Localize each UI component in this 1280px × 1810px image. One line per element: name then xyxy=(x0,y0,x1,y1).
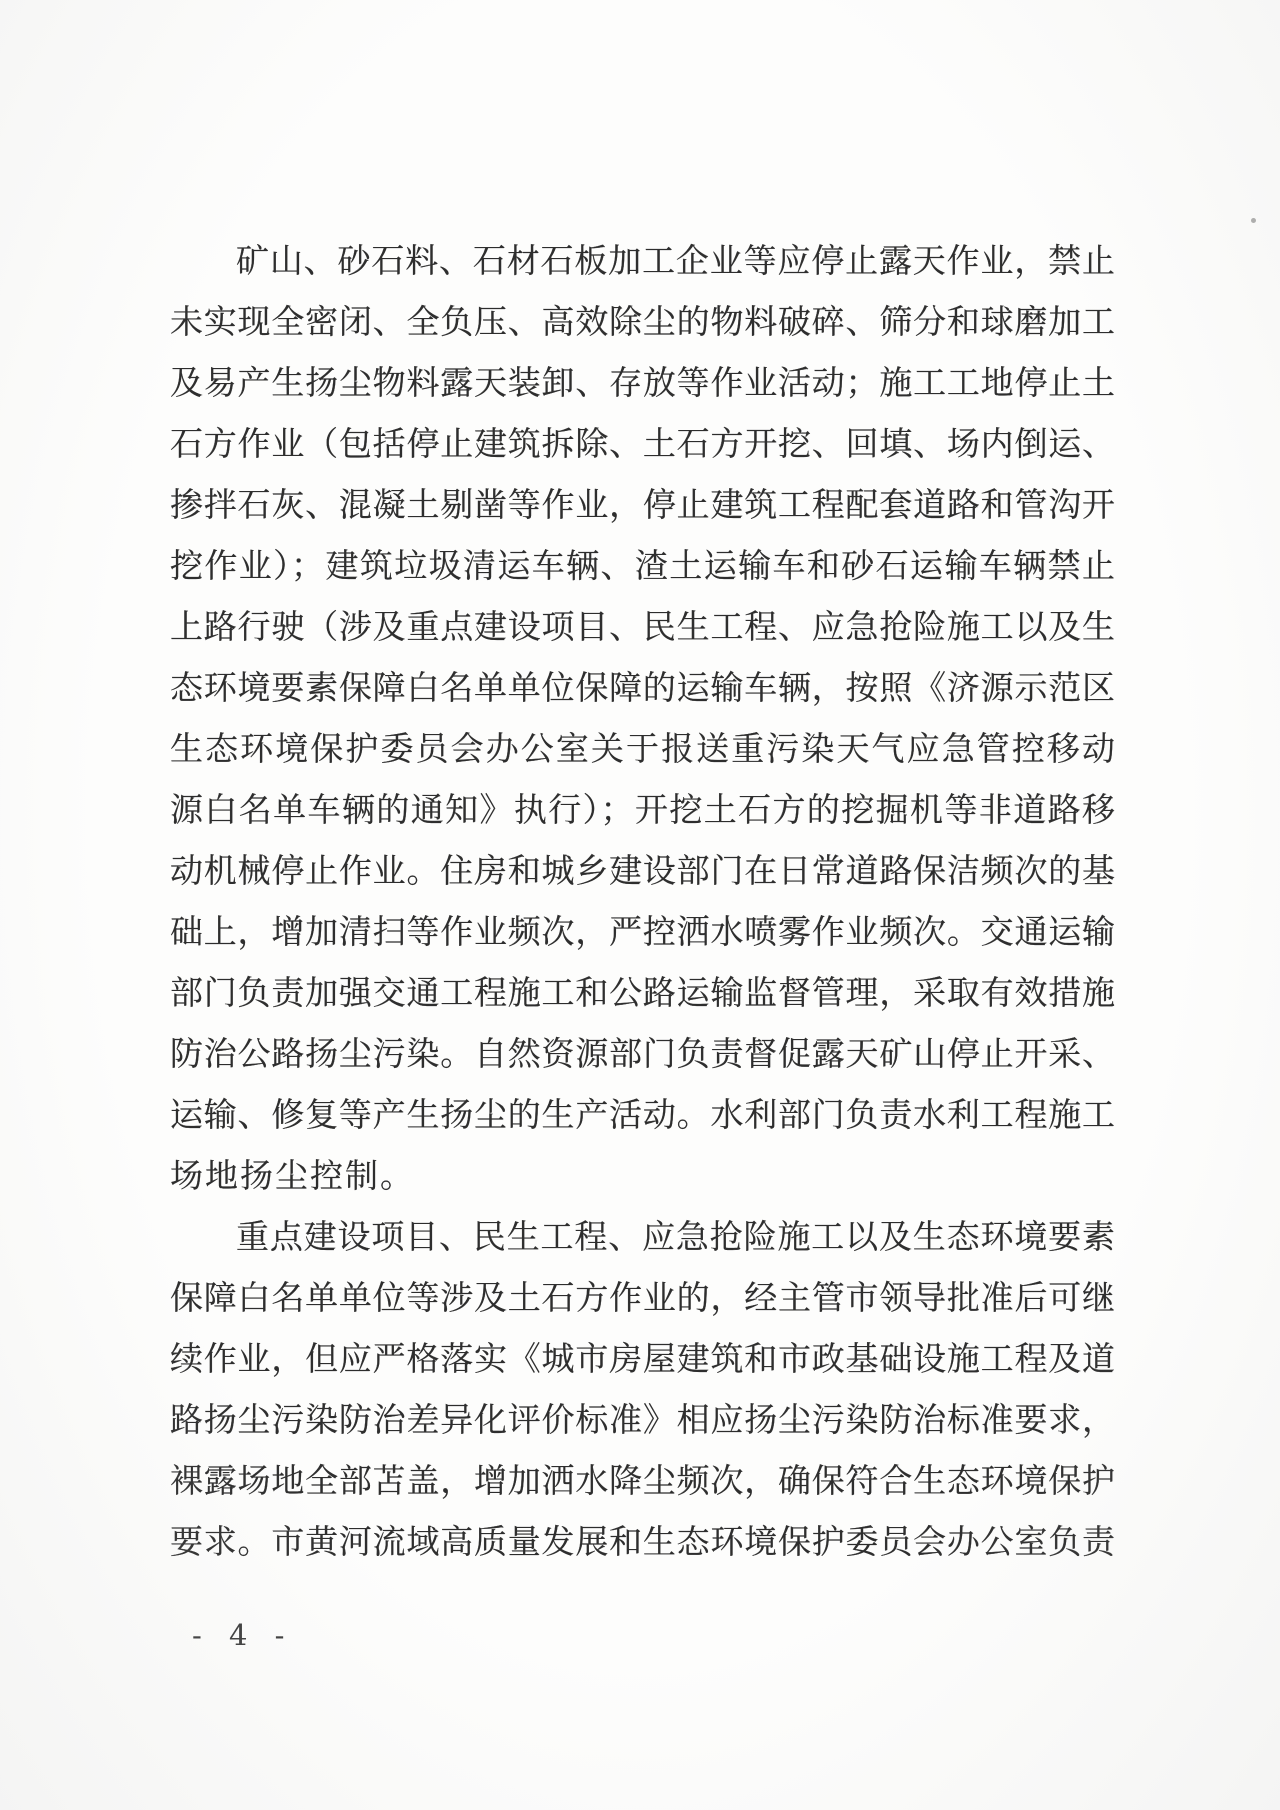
text-line: 防治公路扬尘污染。自然资源部门负责督促露天矿山停止开采、 xyxy=(170,1023,1115,1084)
text-line: 动机械停止作业。住房和城乡建设部门在日常道路保洁频次的基 xyxy=(170,840,1115,901)
text-line: 矿山、砂石料、石材石板加工企业等应停止露天作业，禁止 xyxy=(170,230,1115,291)
text-line: 裸露场地全部苫盖，增加洒水降尘频次，确保符合生态环境保护 xyxy=(170,1450,1115,1511)
text-line: 重点建设项目、民生工程、应急抢险施工以及生态环境要素 xyxy=(170,1206,1115,1267)
text-line: 保障白名单单位等涉及土石方作业的，经主管市领导批准后可继 xyxy=(170,1267,1115,1328)
document-body: 矿山、砂石料、石材石板加工企业等应停止露天作业，禁止 未实现全密闭、全负压、高效… xyxy=(170,230,1115,1572)
text-line: 部门负责加强交通工程施工和公路运输监督管理，采取有效措施 xyxy=(170,962,1115,1023)
document-page: 矿山、砂石料、石材石板加工企业等应停止露天作业，禁止 未实现全密闭、全负压、高效… xyxy=(0,0,1280,1810)
text-line: 要求。市黄河流域高质量发展和生态环境保护委员会办公室负责 xyxy=(170,1511,1115,1572)
text-line: 态环境要素保障白名单单位保障的运输车辆，按照《济源示范区 xyxy=(170,657,1115,718)
text-line: 石方作业（包括停止建筑拆除、土石方开挖、回填、场内倒运、 xyxy=(170,413,1115,474)
text-line: 运输、修复等产生扬尘的生产活动。水利部门负责水利工程施工 xyxy=(170,1084,1115,1145)
text-line: 挖作业）；建筑垃圾清运车辆、渣土运输车和砂石运输车辆禁止 xyxy=(170,535,1115,596)
text-line: 续作业，但应严格落实《城市房屋建筑和市政基础设施工程及道 xyxy=(170,1328,1115,1389)
text-line: 及易产生扬尘物料露天装卸、存放等作业活动；施工工地停止土 xyxy=(170,352,1115,413)
scan-speck xyxy=(1251,218,1256,223)
text-line: 源白名单车辆的通知》执行）；开挖土石方的挖掘机等非道路移 xyxy=(170,779,1115,840)
text-line: 路扬尘污染防治差异化评价标准》相应扬尘污染防治标准要求， xyxy=(170,1389,1115,1450)
text-line: 场地扬尘控制。 xyxy=(170,1145,1115,1206)
page-number: - 4 - xyxy=(192,1618,294,1652)
text-line: 掺拌石灰、混凝土剔凿等作业，停止建筑工程配套道路和管沟开 xyxy=(170,474,1115,535)
text-line: 上路行驶（涉及重点建设项目、民生工程、应急抢险施工以及生 xyxy=(170,596,1115,657)
text-line: 未实现全密闭、全负压、高效除尘的物料破碎、筛分和球磨加工 xyxy=(170,291,1115,352)
text-line: 生态环境保护委员会办公室关于报送重污染天气应急管控移动 xyxy=(170,718,1115,779)
text-line: 础上，增加清扫等作业频次，严控洒水喷雾作业频次。交通运输 xyxy=(170,901,1115,962)
